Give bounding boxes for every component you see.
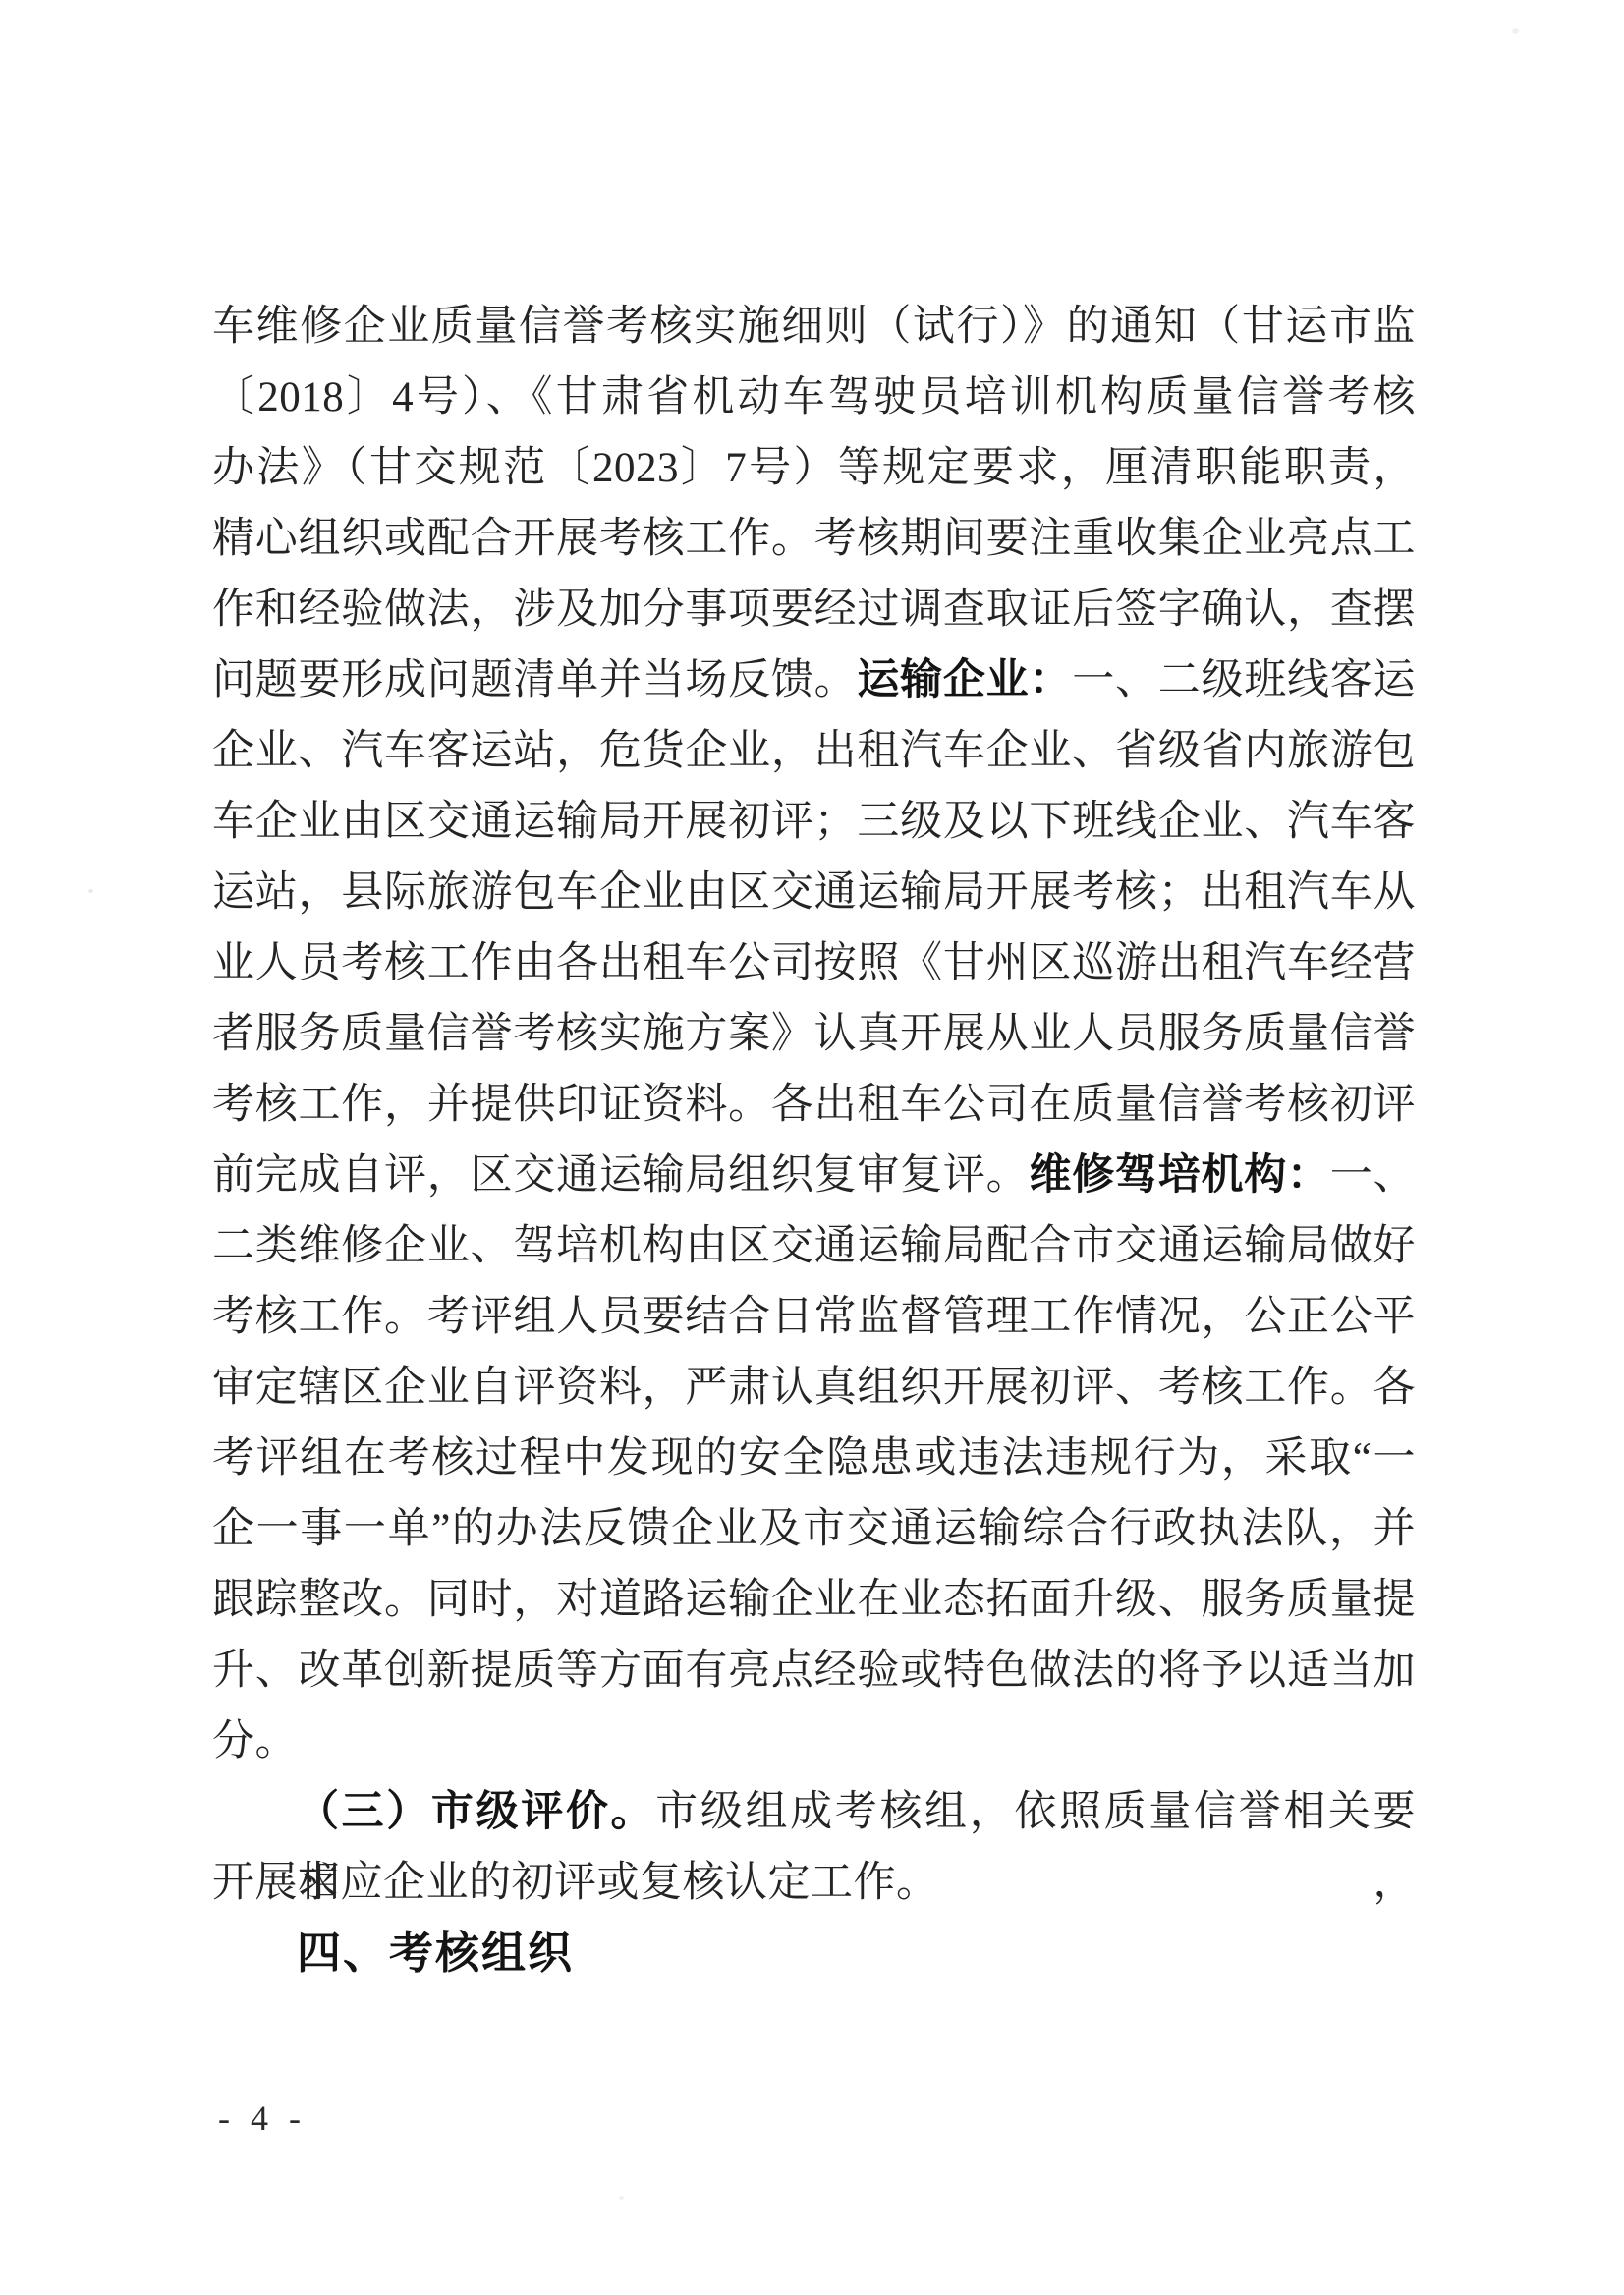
doc-line: 企业、汽车客运站，危货企业，出租汽车企业、省级省内旅游包 xyxy=(212,715,1416,786)
doc-line-paragraph-end: 分。 xyxy=(212,1706,1416,1776)
doc-line: 车企业由区交通运输局开展初评；三级及以下班线企业、汽车客 xyxy=(212,786,1416,857)
section-heading-assessment-organization: 四、考核组织 xyxy=(212,1918,1416,1988)
line-text: 办法》（甘交规范〔2023〕7号）等规定要求，厘清职能职责， xyxy=(212,445,1416,491)
line-text: 分。 xyxy=(212,1718,298,1764)
line-text: 一、二级班线客运 xyxy=(1072,657,1416,703)
line-text: 企业、汽车客运站，危货企业，出租汽车企业、省级省内旅游包 xyxy=(212,728,1416,774)
doc-line: 考核工作。考评组人员要结合日常监督管理工作情况，公正公平 xyxy=(212,1281,1416,1352)
line-text: 作和经验做法，涉及加分事项要经过调查取证后签字确认，查摆 xyxy=(212,587,1416,633)
line-text: 业人员考核工作由各出租车公司按照《甘州区巡游出租汽车经营 xyxy=(212,940,1416,986)
run-in-heading-repair-training: 维修驾培机构： xyxy=(1029,1151,1329,1199)
doc-line: 精心组织或配合开展考核工作。考核期间要注重收集企业亮点工 xyxy=(212,503,1416,574)
line-text: 问题要形成问题清单并当场反馈。 xyxy=(212,657,857,703)
doc-line: 升、改革创新提质等方面有亮点经验或特色做法的将予以适当加 xyxy=(212,1635,1416,1706)
run-in-heading-transport: 运输企业： xyxy=(857,656,1072,703)
line-text: 考核工作，并提供印证资料。各出租车公司在质量信誉考核初评 xyxy=(212,1082,1416,1128)
doc-line: 作和经验做法，涉及加分事项要经过调查取证后签字确认，查摆 xyxy=(212,574,1416,644)
doc-line: 考评组在考核过程中发现的安全隐患或违法违规行为，采取“一 xyxy=(212,1423,1416,1493)
line-text: 者服务质量信誉考核实施方案》认真开展从业人员服务质量信誉 xyxy=(212,1011,1416,1057)
doc-line: 车维修企业质量信誉考核实施细则（试行）》的通知（甘运市监 xyxy=(212,291,1416,362)
line-text: 审定辖区企业自评资料，严肃认真组织开展初评、考核工作。各 xyxy=(212,1365,1416,1411)
line-text: 跟踪整改。同时，对道路运输企业在业态拓面升级、服务质量提 xyxy=(212,1577,1416,1623)
doc-line: 二类维修企业、驾培机构由区交通运输局配合市交通运输局做好 xyxy=(212,1210,1416,1281)
doc-line: 考核工作，并提供印证资料。各出租车公司在质量信誉考核初评 xyxy=(212,1069,1416,1140)
line-text: 企一事一单”的办法反馈企业及市交通运输综合行政执法队，并 xyxy=(212,1506,1416,1552)
line-text: 考核工作。考评组人员要结合日常监督管理工作情况，公正公平 xyxy=(212,1294,1416,1340)
doc-line: 〔2018〕4号）、《甘肃省机动车驾驶员培训机构质量信誉考核 xyxy=(212,362,1416,432)
section-heading-text: 四、考核组织 xyxy=(297,1928,574,1978)
doc-line: 业人员考核工作由各出租车公司按照《甘州区巡游出租汽车经营 xyxy=(212,927,1416,998)
line-text: 二类维修企业、驾培机构由区交通运输局配合市交通运输局做好 xyxy=(212,1223,1416,1269)
doc-line: 运站，县际旅游包车企业由区交通运输局开展考核；出租汽车从 xyxy=(212,857,1416,927)
line-text: 运站，县际旅游包车企业由区交通运输局开展考核；出租汽车从 xyxy=(212,869,1416,916)
doc-line-repair-heading: 前完成自评，区交通运输局组织复审复评。维修驾培机构：一、 xyxy=(212,1140,1416,1210)
line-text: 开展相应企业的初评或复核认定工作。 xyxy=(212,1860,939,1906)
line-text: 前完成自评，区交通运输局组织复审复评。 xyxy=(212,1152,1029,1199)
doc-line: 办法》（甘交规范〔2023〕7号）等规定要求，厘清职能职责， xyxy=(212,432,1416,503)
line-text: 精心组织或配合开展考核工作。考核期间要注重收集企业亮点工 xyxy=(212,516,1416,562)
line-text: 车企业由区交通运输局开展初评；三级及以下班线企业、汽车客 xyxy=(212,799,1416,845)
page-number: - 4 - xyxy=(218,2091,307,2146)
scan-noise-speck xyxy=(88,889,93,893)
doc-line: 跟踪整改。同时，对道路运输企业在业态拓面升级、服务质量提 xyxy=(212,1564,1416,1635)
doc-line: 企一事一单”的办法反馈企业及市交通运输综合行政执法队，并 xyxy=(212,1493,1416,1564)
doc-line: 审定辖区企业自评资料，严肃认真组织开展初评、考核工作。各 xyxy=(212,1352,1416,1423)
scanned-document-page: 车维修企业质量信誉考核实施细则（试行）》的通知（甘运市监 〔2018〕4号）、《… xyxy=(0,0,1624,2295)
line-text: 升、改革创新提质等方面有亮点经验或特色做法的将予以适当加 xyxy=(212,1648,1416,1694)
run-in-heading-city-evaluation: （三）市级评价。 xyxy=(297,1788,655,1835)
line-text: 考评组在考核过程中发现的安全隐患或违法违规行为，采取“一 xyxy=(212,1435,1416,1482)
line-text: 一、 xyxy=(1330,1152,1416,1199)
line-text: 〔2018〕4号）、《甘肃省机动车驾驶员培训机构质量信誉考核 xyxy=(212,374,1416,420)
line-text: 车维修企业质量信誉考核实施细则（试行）》的通知（甘运市监 xyxy=(212,304,1416,350)
doc-line-transport-heading: 问题要形成问题清单并当场反馈。运输企业：一、二级班线客运 xyxy=(212,644,1416,715)
doc-line: 者服务质量信誉考核实施方案》认真开展从业人员服务质量信誉 xyxy=(212,998,1416,1069)
doc-line-city-evaluation-heading: （三）市级评价。市级组成考核组，依照质量信誉相关要求， xyxy=(212,1776,1416,1847)
document-body: 车维修企业质量信誉考核实施细则（试行）》的通知（甘运市监 〔2018〕4号）、《… xyxy=(212,291,1416,1988)
